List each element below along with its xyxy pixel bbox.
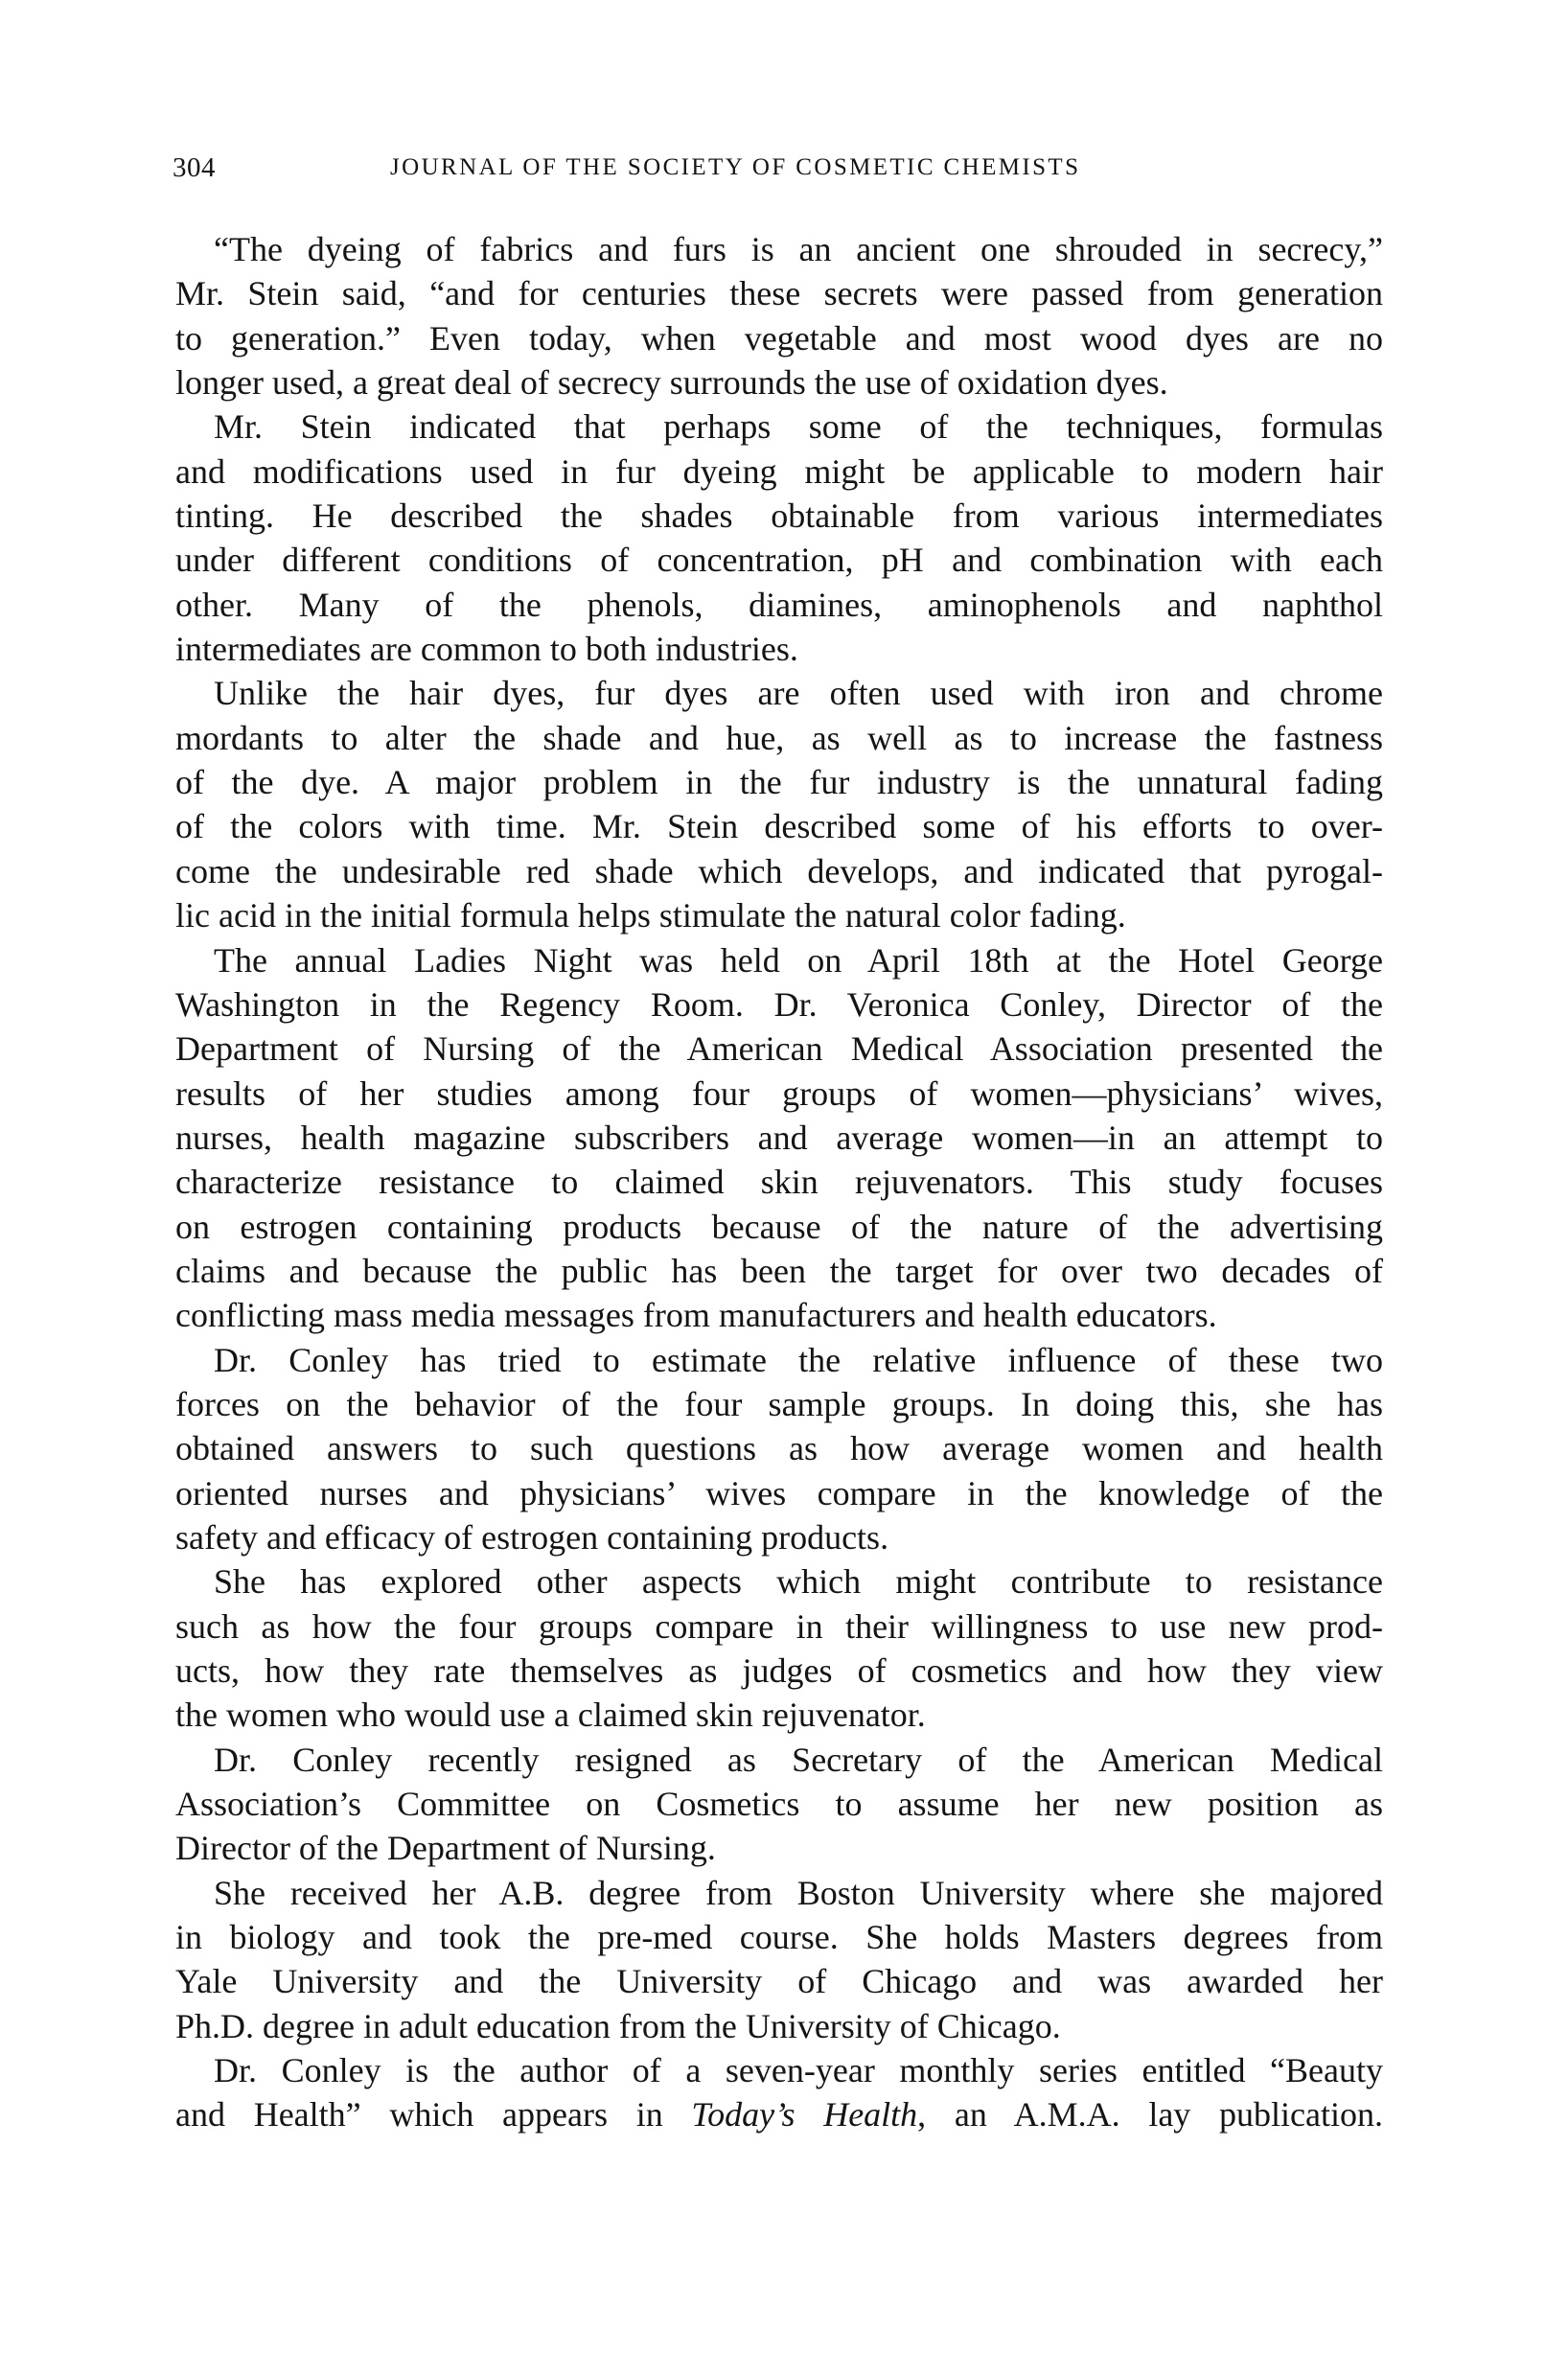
text-line: intermediates are common to both industr… [175, 627, 1383, 671]
running-header: 304 JOURNAL OF THE SOCIETY OF COSMETIC C… [173, 151, 1383, 184]
journal-running-title: JOURNAL OF THE SOCIETY OF COSMETIC CHEMI… [390, 151, 1164, 184]
text-line: results of her studies among four groups… [175, 1072, 1383, 1116]
text-line: oriented nurses and physicians’ wives co… [175, 1471, 1383, 1515]
text-line: She has explored other aspects which mig… [175, 1559, 1383, 1604]
text-line: other. Many of the phenols, diamines, am… [175, 583, 1383, 627]
paragraph-relative-influence: Dr. Conley has tried to estimate the rel… [175, 1338, 1383, 1560]
text-line: under different conditions of concentrat… [175, 538, 1383, 582]
text-line: of the dye. A major problem in the fur i… [175, 760, 1383, 804]
paragraph-techniques-formulas: Mr. Stein indicated that perhaps some of… [175, 404, 1383, 671]
text-segment: and Health” which appears in [175, 2095, 691, 2134]
text-line: Dr. Conley is the author of a seven-year… [175, 2048, 1383, 2092]
text-line: ucts, how they rate themselves as judges… [175, 1649, 1383, 1693]
paragraph-fur-dyeing-secrecy: “The dyeing of fabrics and furs is an an… [175, 227, 1383, 404]
text-line-final: and Health” which appears in Today’s Hea… [175, 2092, 1383, 2136]
paragraph-education: She received her A.B. degree from Boston… [175, 1871, 1383, 2048]
text-segment: , an A.M.A. lay publication. [917, 2095, 1383, 2134]
text-line: tinting. He described the shades obtaina… [175, 494, 1383, 538]
text-line: longer used, a great deal of secrecy sur… [175, 360, 1383, 404]
text-line: on estrogen containing products because … [175, 1205, 1383, 1249]
text-line: Dr. Conley recently resigned as Secretar… [175, 1738, 1383, 1782]
text-line: safety and efficacy of estrogen containi… [175, 1515, 1383, 1559]
text-line: claims and because the public has been t… [175, 1249, 1383, 1293]
paragraph-resignation: Dr. Conley recently resigned as Secretar… [175, 1738, 1383, 1871]
text-line: “The dyeing of fabrics and furs is an an… [175, 227, 1383, 271]
paragraph-mordants-fading: Unlike the hair dyes, fur dyes are often… [175, 671, 1383, 937]
paragraph-author-series: Dr. Conley is the author of a seven-year… [175, 2048, 1383, 2137]
text-line: Mr. Stein indicated that perhaps some of… [175, 404, 1383, 449]
text-line: the women who would use a claimed skin r… [175, 1693, 1383, 1737]
text-line: The annual Ladies Night was held on Apri… [175, 938, 1383, 982]
text-line: Director of the Department of Nursing. [175, 1826, 1383, 1870]
text-line: Washington in the Regency Room. Dr. Vero… [175, 982, 1383, 1027]
text-line: such as how the four groups compare in t… [175, 1604, 1383, 1649]
text-line: She received her A.B. degree from Boston… [175, 1871, 1383, 1915]
text-line: Mr. Stein said, “and for centuries these… [175, 271, 1383, 315]
text-line: obtained answers to such questions as ho… [175, 1426, 1383, 1470]
text-line: Association’s Committee on Cosmetics to … [175, 1782, 1383, 1826]
text-line: Dr. Conley has tried to estimate the rel… [175, 1338, 1383, 1382]
paragraph-other-aspects: She has explored other aspects which mig… [175, 1559, 1383, 1737]
text-line: forces on the behavior of the four sampl… [175, 1382, 1383, 1426]
publication-title-italic: Today’s Health [691, 2095, 917, 2134]
text-line: mordants to alter the shade and hue, as … [175, 716, 1383, 760]
text-line: in biology and took the pre-med course. … [175, 1915, 1383, 1959]
page-number: 304 [173, 151, 216, 184]
text-line: characterize resistance to claimed skin … [175, 1160, 1383, 1204]
text-line: of the colors with time. Mr. Stein descr… [175, 804, 1383, 848]
text-line: to generation.” Even today, when vegetab… [175, 316, 1383, 360]
text-line: and modifications used in fur dyeing mig… [175, 450, 1383, 494]
paragraph-ladies-night: The annual Ladies Night was held on Apri… [175, 938, 1383, 1338]
text-line: lic acid in the initial formula helps st… [175, 893, 1383, 937]
text-line: conflicting mass media messages from man… [175, 1293, 1383, 1337]
text-line: Unlike the hair dyes, fur dyes are often… [175, 671, 1383, 715]
text-line: Department of Nursing of the American Me… [175, 1027, 1383, 1071]
text-line: Yale University and the University of Ch… [175, 1959, 1383, 2003]
article-body: “The dyeing of fabrics and furs is an an… [175, 227, 1383, 2137]
text-line: come the undesirable red shade which dev… [175, 849, 1383, 893]
text-line: Ph.D. degree in adult education from the… [175, 2004, 1383, 2048]
text-line: nurses, health magazine subscribers and … [175, 1116, 1383, 1160]
